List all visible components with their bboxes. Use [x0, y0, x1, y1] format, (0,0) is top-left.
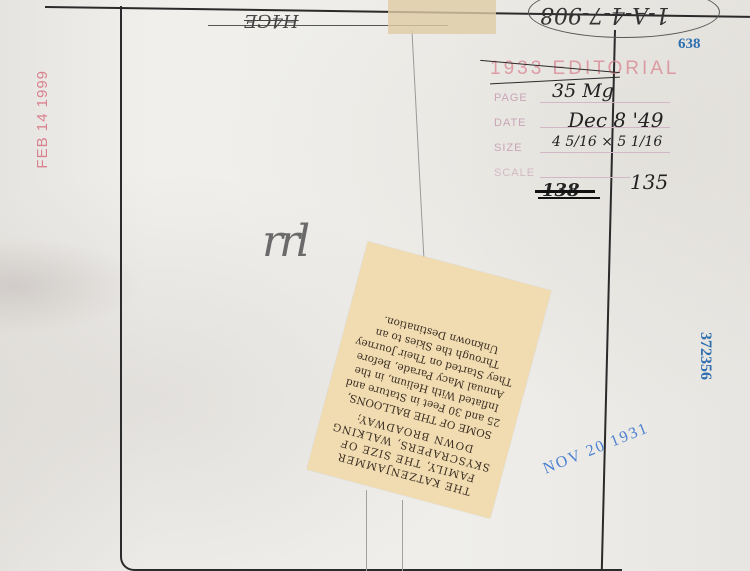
field-value-date: Dec 8 '49: [568, 108, 663, 132]
field-rule-page: [540, 102, 670, 103]
stamp-number-side: 372356: [696, 332, 714, 380]
field-value-scale: 135: [630, 170, 668, 194]
ref-number: 1-A-4-7-908: [540, 2, 670, 27]
field-rule-size: [540, 152, 670, 153]
field-value-page: 35 Mg: [552, 80, 614, 102]
scribble-strike-2: [538, 197, 600, 199]
field-label-date: DATE: [494, 117, 527, 129]
masking-tape: [388, 0, 496, 34]
field-value-size: 4 5/16 × 5 1/16: [552, 134, 662, 150]
pencil-initials: rrl: [262, 216, 306, 267]
faint-pencil-line-lower: [402, 500, 403, 571]
field-label-size: SIZE: [494, 142, 522, 154]
scribble-strike: [535, 190, 595, 193]
faint-pencil-line-lower-2: [366, 490, 367, 571]
crossed-ref-note: H4GE: [244, 10, 299, 31]
received-date-stamp: FEB 14 1999: [34, 70, 51, 169]
field-label-page: PAGE: [494, 92, 528, 104]
field-rule-scale: [540, 177, 630, 178]
stamp-number-top: 638: [678, 36, 701, 53]
field-label-scale: SCALE: [494, 167, 535, 179]
